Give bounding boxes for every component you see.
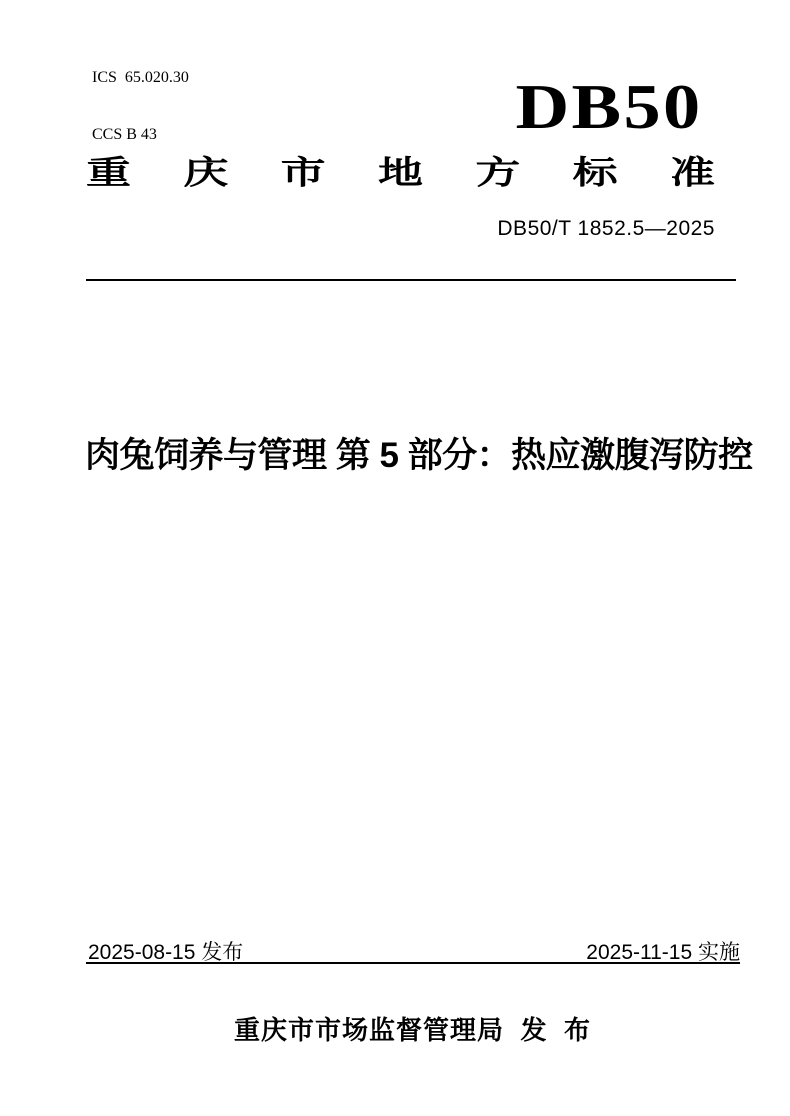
heading-char: 地 [378, 156, 423, 188]
heading-char: 方 [475, 156, 520, 188]
standard-type-heading: 重庆市地方标准 [86, 156, 715, 188]
publisher-line: 重庆市市场监督管理局 发 布 [85, 1010, 740, 1047]
db50-logo: DB50 [516, 76, 703, 139]
heading-char: 标 [573, 156, 618, 188]
heading-char: 庆 [183, 156, 228, 188]
document-title: 肉兔饲养与管理 第 5 部分：热应激腹泻防控 [85, 428, 740, 478]
ics-code: ICS 65.020.30 [92, 68, 189, 87]
ccs-code: CCS B 43 [92, 125, 189, 144]
header-divider-line [86, 279, 736, 281]
heading-char: 重 [86, 156, 131, 188]
footer-divider-line [86, 962, 740, 964]
standard-number: DB50/T 1852.5—2025 [497, 217, 715, 241]
heading-char: 准 [670, 156, 715, 188]
standard-cover-page: ICS 65.020.30 CCS B 43 DB50 重庆市地方标准 DB50… [0, 0, 790, 1116]
heading-char: 市 [281, 156, 326, 188]
